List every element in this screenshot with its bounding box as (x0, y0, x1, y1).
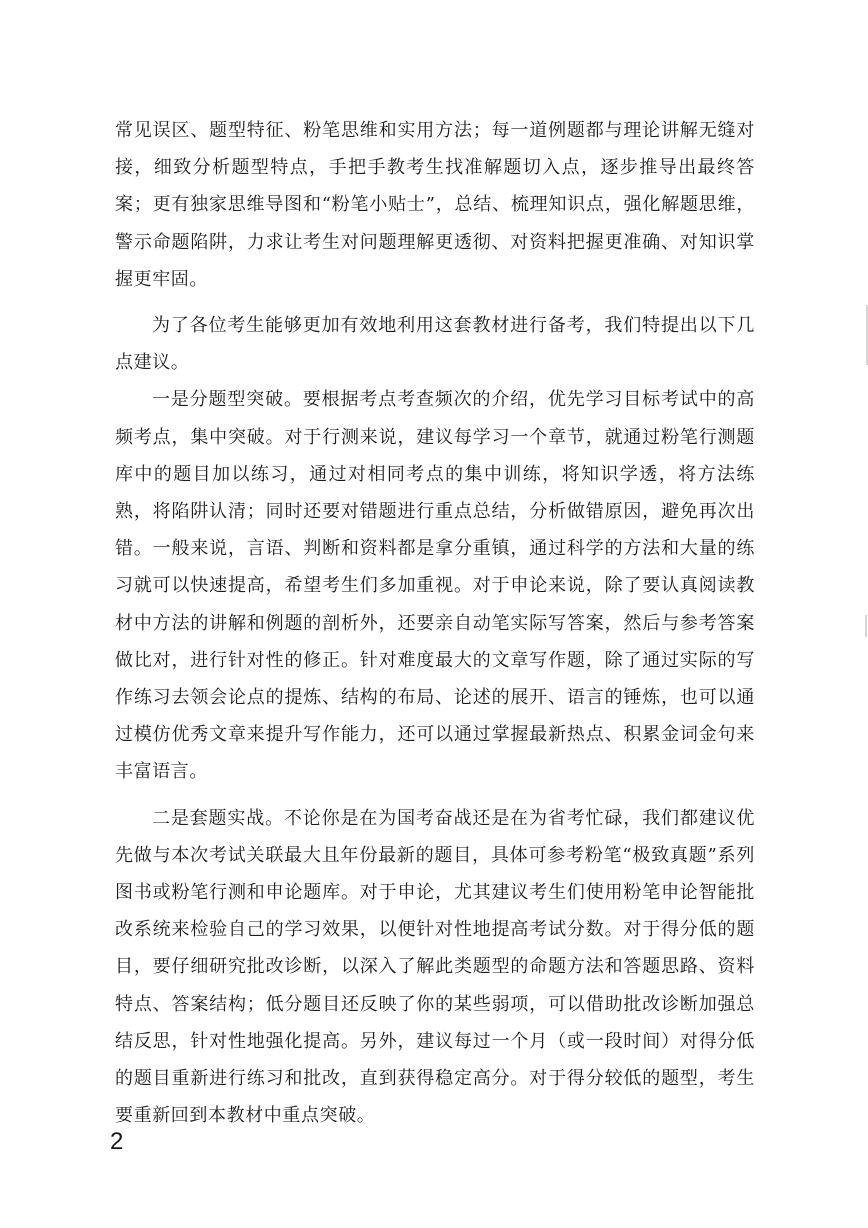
paragraph-intro-continued: 常见误区、题型特征、粉笔思维和实用方法；每一道例题都与理论讲解无缝对接，细致分析… (115, 112, 755, 298)
paragraph-suggestion-one: 一是分题型突破。要根据考点考查频次的介绍，优先学习目标考试中的高频考点，集中突破… (115, 381, 755, 790)
paragraph-suggestions-intro: 为了各位考生能够更加有效地利用这套教材进行备考，我们特提出以下几点建议。 (115, 307, 755, 381)
document-page: 常见误区、题型特征、粉笔思维和实用方法；每一道例题都与理论讲解无缝对接，细致分析… (115, 112, 755, 1134)
page-number: 2 (110, 1128, 123, 1156)
paragraph-suggestion-two: 二是套题实战。不论你是在为国考奋战还是在为省考忙碌，我们都建议优先做与本次考试关… (115, 800, 755, 1135)
scan-artifact-mark (865, 615, 867, 637)
